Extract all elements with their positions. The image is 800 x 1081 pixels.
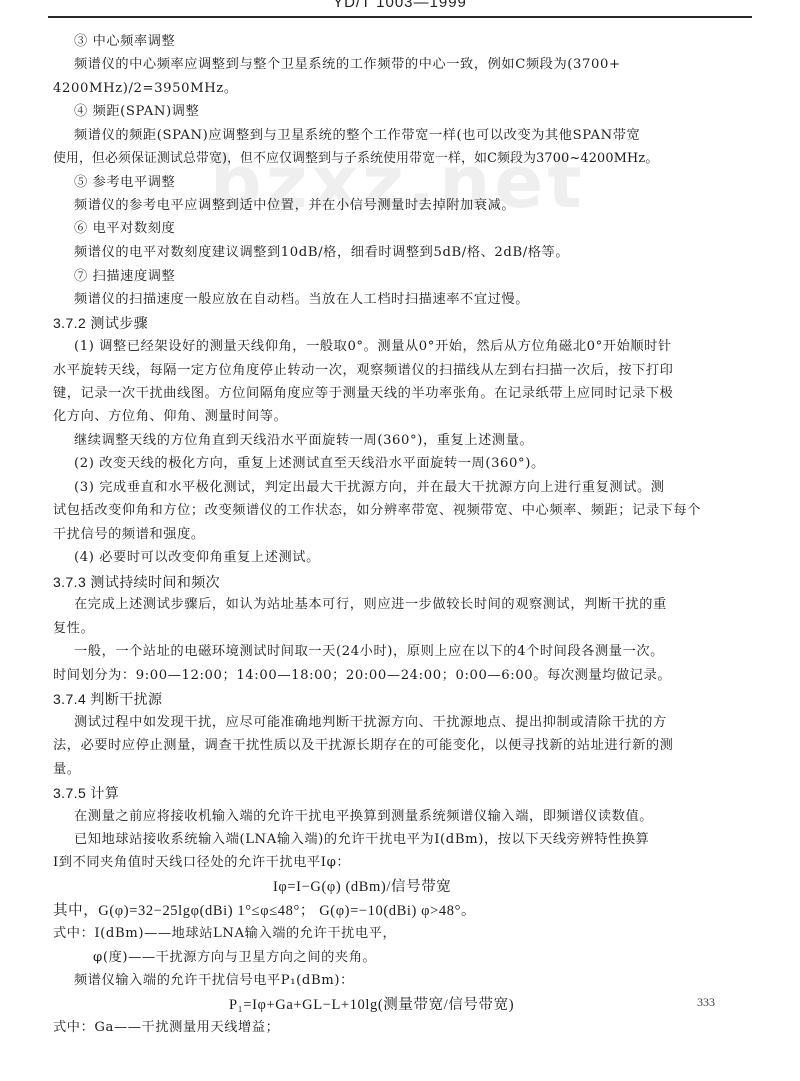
subheading-log-scale: ⑥ 电平对数刻度 xyxy=(74,220,175,238)
paragraph-line: 已知地球站接收系统输入端(LNA输入端)的允许干扰电平为I(dBm)，按以下天线… xyxy=(74,831,649,849)
paragraph-line: 频谱仪的中心频率应调整到与整个卫星系统的工作频带的中心一致，例如C频段为(370… xyxy=(74,56,621,74)
subheading-sweep-speed: ⑦ 扫描速度调整 xyxy=(74,268,175,286)
paragraph-line: 继续调整天线的方位角直到天线沿水平面旋转一周(360°)，重复上述测量。 xyxy=(74,432,533,450)
section-heading-3-7-5: 3.7.5 计算 xyxy=(53,784,119,802)
formula-i-phi: Iφ=I−G(φ) (dBm)/信号带宽 xyxy=(273,878,451,896)
paragraph-line: (1) 调整已经架设好的测量天线仰角，一般取0°。测量从0°开始，然后从方位角磁… xyxy=(74,338,672,356)
paragraph-line: 法，必要时应停止测量，调查干扰性质以及干扰源长期存在的可能变化，以便寻找新的站址… xyxy=(53,737,673,755)
paragraph-line: (3) 完成垂直和水平极化测试，判定出最大干扰源方向，并在最大干扰源方向上进行重… xyxy=(74,479,665,497)
header-standard-code: YD/T 1003—1999 xyxy=(0,0,800,11)
subheading-span: ④ 频距(SPAN)调整 xyxy=(74,103,199,121)
paragraph-line: 测试过程中如发现干扰，应尽可能准确地判断干扰源方向、干扰源地点、提出抑制或清除干… xyxy=(74,714,667,732)
paragraph-line: (4) 必要时可以改变仰角重复上述测试。 xyxy=(74,549,320,567)
section-heading-3-7-2: 3.7.2 测试步骤 xyxy=(53,314,148,332)
paragraph-line: 水平旋转天线，每隔一定方位角度停止转动一次，观察频谱仪的扫描线从左到右扫描一次后… xyxy=(53,362,673,380)
subheading-center-frequency: ③ 中心频率调整 xyxy=(74,33,175,51)
paragraph-line: 键，记录一次干扰曲线图。方位间隔角度应等于测量天线的半功率张角。在记录纸带上应同… xyxy=(53,385,673,403)
paragraph-line: 量。 xyxy=(53,761,81,779)
paragraph-line: 4200MHz)/2=3950MHz。 xyxy=(53,80,238,98)
paragraph-line: 时间划分为：9:00—12:00；14:00—18:00；20:00—24:00… xyxy=(53,667,671,685)
definition-phi: φ(度)——干扰源方向与卫星方向之间的夹角。 xyxy=(93,949,376,967)
paragraph-line: I到不同夹角值时天线口径处的允许干扰电平Iφ： xyxy=(53,854,350,872)
definition-ga: 式中：Ga——干扰测量用天线增益； xyxy=(53,1019,279,1037)
paragraph-line: 一般，一个站址的电磁环境测试时间取一天(24小时)，原则上应在以下的4个时间段各… xyxy=(74,643,664,661)
paragraph-line: 频谱仪的参考电平应调整到适中位置，并在小信号测量时去掉附加衰减。 xyxy=(74,197,515,215)
formula-p1: P₁=Iφ+Ga+GL−L+10lg(测量带宽/信号带宽) xyxy=(229,996,514,1014)
paragraph-line: 干扰信号的频谱和强度。 xyxy=(53,526,205,544)
definition-i-dbm: 式中：I(dBm)——地球站LNA输入端的允许干扰电平， xyxy=(53,925,396,943)
subheading-reference-level: ⑤ 参考电平调整 xyxy=(74,174,175,192)
section-heading-3-7-3: 3.7.3 测试持续时间和频次 xyxy=(53,573,220,591)
paragraph-line: 使用，但必须保证测试总带宽)，但不应仅调整到与子系统使用带宽一样，如C频段为37… xyxy=(53,150,658,168)
paragraph-line: 频谱仪的频距(SPAN)应调整到与卫星系统的整个工作带宽一样(也可以改变为其他S… xyxy=(74,127,640,145)
paragraph-line: 化方向、方位角、仰角、测量时间等。 xyxy=(53,408,287,426)
page-number: 333 xyxy=(697,995,715,1010)
paragraph-line: 在完成上述测试步骤后，如认为站址基本可行，则应进一步做较长时间的观察测试，判断干… xyxy=(74,596,667,614)
paragraph-line: 频谱仪输入端的允许干扰信号电平P₁(dBm)： xyxy=(74,972,354,990)
paragraph-line: (2) 改变天线的极化方向，重复上述测试直至天线沿水平面旋转一周(360°)。 xyxy=(74,455,545,473)
paragraph-line: 在测量之前应将接收机输入端的允许干扰电平换算到测量系统频谱仪输入端，即频谱仪读数… xyxy=(74,808,653,826)
section-heading-3-7-4: 3.7.4 判断干扰源 xyxy=(53,690,162,708)
header-rule xyxy=(48,16,752,18)
paragraph-line: 频谱仪的电平对数刻度建议调整到10dB/格，细看时调整到5dB/格、2dB/格等… xyxy=(74,244,569,262)
paragraph-line: 复性。 xyxy=(53,620,94,638)
formula-g-phi: 其中，G(φ)=32−25lgφ(dBi) 1°≤φ≤48°； G(φ)=−10… xyxy=(53,902,476,920)
paragraph-line: 频谱仪的扫描速度一般应放在自动档。当放在人工档时扫描速率不宜过慢。 xyxy=(74,291,529,309)
paragraph-line: 试包括改变仰角和方位；改变频谱仪的工作状态，如分辨率带宽、视频带宽、中心频率、频… xyxy=(53,502,701,520)
